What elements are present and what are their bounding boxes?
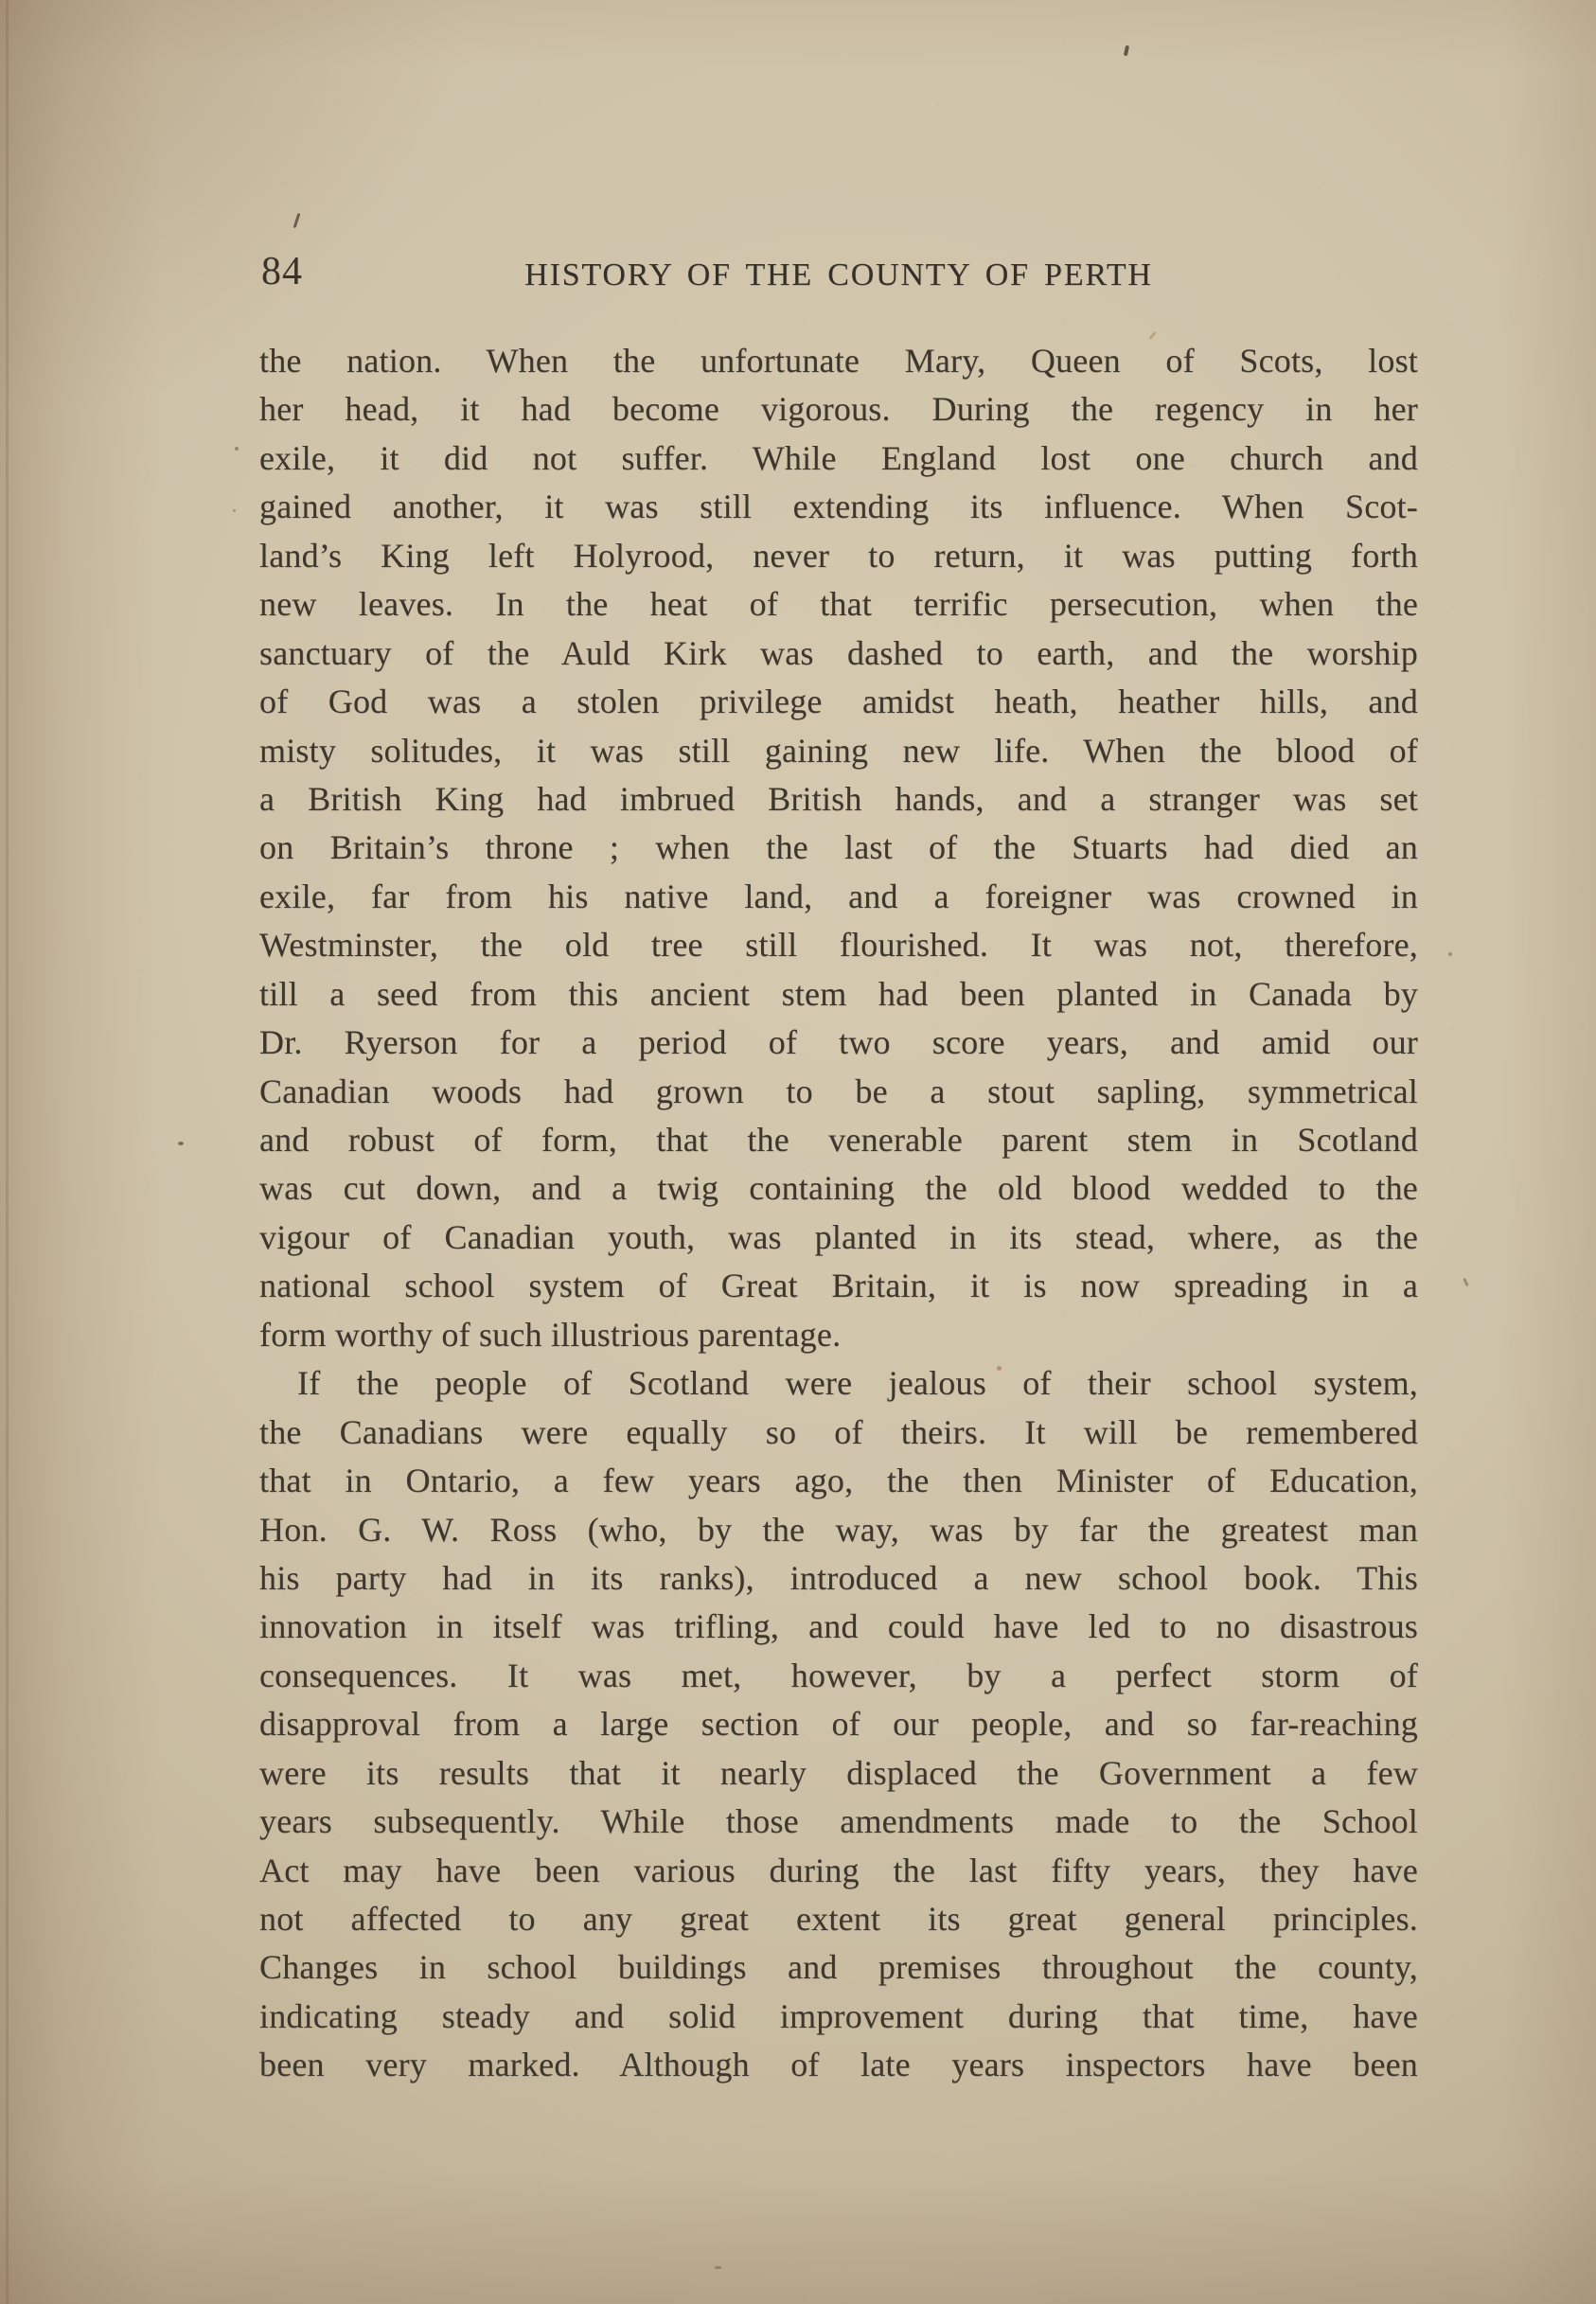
text-line: been very marked. Although of late years… — [259, 2041, 1418, 2089]
paper-speck — [1448, 952, 1452, 956]
running-title: HISTORY OF THE COUNTY OF PERTH — [259, 257, 1418, 294]
paper-speck — [1124, 45, 1129, 57]
text-line: If the people of Scotland were jealous o… — [259, 1359, 1418, 1408]
text-line: Act may have been various during the las… — [259, 1847, 1418, 1895]
paper-speck — [293, 213, 301, 228]
text-line: consequences. It was met, however, by a … — [259, 1652, 1418, 1700]
text-line: disapproval from a large section of our … — [259, 1700, 1418, 1748]
book-page: 84 HISTORY OF THE COUNTY OF PERTH the na… — [0, 0, 1596, 2304]
text-line: sanctuary of the Auld Kirk was dashed to… — [259, 629, 1418, 678]
text-line: misty solitudes, it was still gaining ne… — [259, 727, 1418, 775]
text-line: national school system of Great Britain,… — [259, 1262, 1418, 1310]
text-line: vigour of Canadian youth, was planted in… — [259, 1214, 1418, 1262]
text-line: of God was a stolen privilege amidst hea… — [259, 678, 1418, 726]
paper-speck — [178, 1142, 184, 1145]
text-line: gained another, it was still extending i… — [259, 483, 1418, 531]
text-line: the Canadians were equally so of theirs.… — [259, 1409, 1418, 1457]
text-line: till a seed from this ancient stem had b… — [259, 970, 1418, 1019]
paragraph: If the people of Scotland were jealous o… — [259, 1359, 1418, 2090]
text-line: a British King had imbrued British hands… — [259, 775, 1418, 824]
text-line: Canadian woods had grown to be a stout s… — [259, 1068, 1418, 1116]
text-line: were its results that it nearly displace… — [259, 1749, 1418, 1798]
paper-speck — [233, 509, 236, 512]
text-line: was cut down, and a twig containing the … — [259, 1164, 1418, 1213]
text-line: indicating steady and solid improvement … — [259, 1993, 1418, 2041]
text-line: Changes in school buildings and premises… — [259, 1943, 1418, 1992]
text-line: Westminster, the old tree still flourish… — [259, 921, 1418, 969]
page-edge-shadow — [6, 0, 9, 2304]
text-line: exile, it did not suffer. While England … — [259, 434, 1418, 483]
text-line: new leaves. In the heat of that terrific… — [259, 580, 1418, 629]
page-body: the nation. When the unfortunate Mary, Q… — [259, 337, 1418, 2090]
text-line: years subsequently. While those amendmen… — [259, 1798, 1418, 1846]
text-line: her head, it had become vigorous. During… — [259, 385, 1418, 434]
paper-speck — [1463, 1278, 1469, 1286]
text-line: the nation. When the unfortunate Mary, Q… — [259, 337, 1418, 385]
text-line: exile, far from his native land, and a f… — [259, 873, 1418, 921]
text-line: his party had in its ranks), introduced … — [259, 1554, 1418, 1603]
text-line: Hon. G. W. Ross (who, by the way, was by… — [259, 1506, 1418, 1554]
page-header: 84 HISTORY OF THE COUNTY OF PERTH — [259, 248, 1418, 301]
text-line: that in Ontario, a few years ago, the th… — [259, 1457, 1418, 1505]
text-line: not affected to any great extent its gre… — [259, 1895, 1418, 1943]
text-line: land’s King left Holyrood, never to retu… — [259, 532, 1418, 580]
text-line: on Britain’s throne ; when the last of t… — [259, 824, 1418, 872]
paper-speck — [715, 2266, 721, 2269]
text-line: Dr. Ryerson for a period of two score ye… — [259, 1019, 1418, 1067]
text-line: innovation in itself was trifling, and c… — [259, 1603, 1418, 1651]
text-line: and robust of form, that the venerable p… — [259, 1116, 1418, 1164]
paragraph: the nation. When the unfortunate Mary, Q… — [259, 337, 1418, 1359]
text-line: form worthy of such illustrious parentag… — [259, 1311, 1418, 1359]
paper-speck — [235, 447, 239, 451]
